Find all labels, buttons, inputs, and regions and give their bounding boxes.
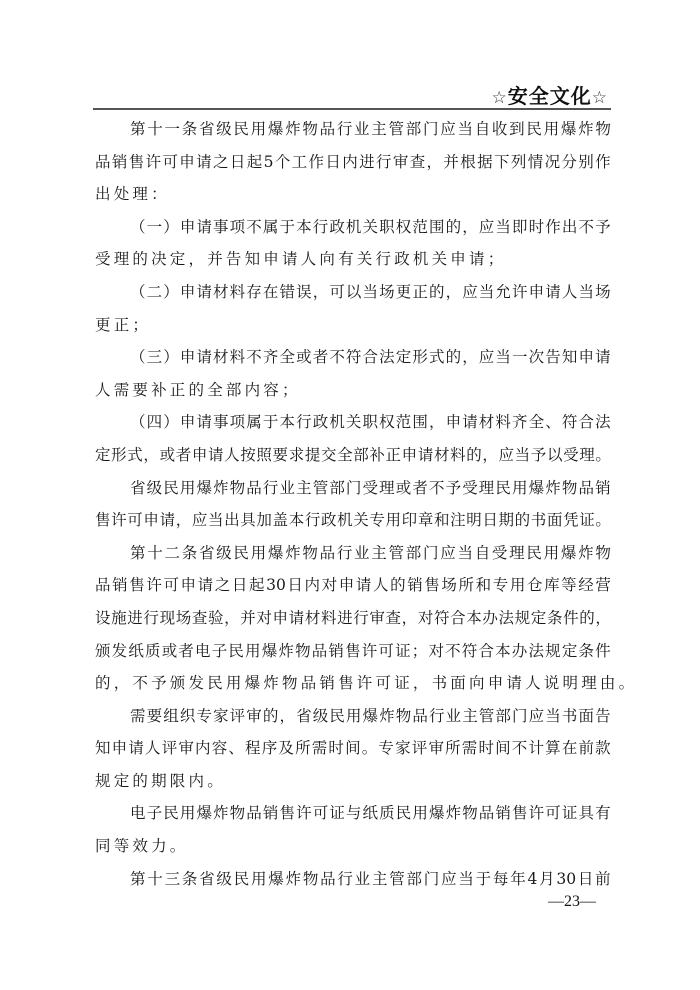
- text-line: （四）申请事项属于本行政机关职权范围，申请材料齐全、符合法: [95, 406, 611, 439]
- text-line: 需要组织专家评审的，省级民用爆炸物品行业主管部门应当书面告: [95, 700, 611, 733]
- page-number: —23—: [548, 893, 596, 911]
- text-line: 第十一条省级民用爆炸物品行业主管部门应当自收到民用爆炸物: [95, 113, 611, 146]
- text-line: 受理的决定，并告知申请人向有关行政机关申请；: [95, 243, 611, 276]
- header-divider: [93, 108, 611, 110]
- text-line: 更正；: [95, 309, 611, 342]
- text-line: 出处理：: [95, 178, 611, 211]
- text-line: 品销售许可申请之日起30日内对申请人的销售场所和专用仓库等经营: [95, 569, 611, 602]
- document-body: 第十一条省级民用爆炸物品行业主管部门应当自收到民用爆炸物品销售许可申请之日起5个…: [95, 113, 611, 895]
- text-line: 的，不予颁发民用爆炸物品销售许可证，书面向申请人说明理由。: [95, 667, 611, 700]
- text-line: 规定的期限内。: [95, 765, 611, 798]
- text-line: 知申请人评审内容、程序及所需时间。专家评审所需时间不计算在前款: [95, 732, 611, 765]
- text-line: 售许可申请，应当出具加盖本行政机关专用印章和注明日期的书面凭证。: [95, 504, 611, 537]
- text-line: 电子民用爆炸物品销售许可证与纸质民用爆炸物品销售许可证具有: [95, 797, 611, 830]
- header-title-text: 安全文化: [508, 84, 592, 108]
- text-line: 省级民用爆炸物品行业主管部门受理或者不予受理民用爆炸物品销: [95, 472, 611, 505]
- page-header-title: ☆安全文化☆: [492, 80, 609, 109]
- text-line: （一）申请事项不属于本行政机关职权范围的，应当即时作出不予: [95, 211, 611, 244]
- text-line: 定形式，或者申请人按照要求提交全部补正申请材料的，应当予以受理。: [95, 439, 611, 472]
- text-line: （二）申请材料存在错误，可以当场更正的，应当允许申请人当场: [95, 276, 611, 309]
- text-line: 设施进行现场查验，并对申请材料进行审查，对符合本办法规定条件的，: [95, 602, 611, 635]
- text-line: 第十二条省级民用爆炸物品行业主管部门应当自受理民用爆炸物: [95, 537, 611, 570]
- text-line: 品销售许可申请之日起5个工作日内进行审查，并根据下列情况分别作: [95, 146, 611, 179]
- text-line: 颁发纸质或者电子民用爆炸物品销售许可证；对不符合本办法规定条件: [95, 635, 611, 668]
- text-line: 同等效力。: [95, 830, 611, 863]
- text-line: 第十三条省级民用爆炸物品行业主管部门应当于每年4月30日前: [95, 863, 611, 896]
- text-line: 人需要补正的全部内容；: [95, 374, 611, 407]
- star-icon: ☆: [592, 88, 608, 108]
- text-line: （三）申请材料不齐全或者不符合法定形式的，应当一次告知申请: [95, 341, 611, 374]
- star-icon: ☆: [492, 88, 508, 108]
